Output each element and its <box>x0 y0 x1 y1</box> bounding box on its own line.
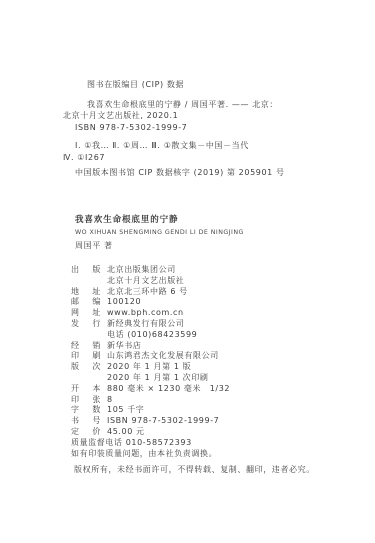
colophon-row: 北京十月文艺出版社 <box>71 276 230 287</box>
title-block: 我喜欢生命根底里的宁静 WO XIHUAN SHENGMING GENDI LI… <box>75 213 244 251</box>
colophon-row-label: 字数 <box>71 405 101 416</box>
quality-phone-line: 质量监督电话 010-58572393 <box>71 438 230 449</box>
colophon-row-value: 2020 年 1 月第 1 次印刷 <box>107 373 208 384</box>
colophon-row-label <box>71 373 101 384</box>
copyright-notice: 版权所有，未经书面许可，不得转载、复制、翻印，违者必究。 <box>74 464 315 475</box>
cip-isbn-line: ISBN 978-7-5302-1999-7 <box>63 122 285 134</box>
colophon-row-value: 2020 年 1 月第 1 版 <box>107 362 191 373</box>
cip-class-line1: Ⅰ. ①我… Ⅱ. ①周… Ⅲ. ①散文集－中国－当代 <box>63 140 285 152</box>
colophon-row-label: 网址 <box>71 308 101 319</box>
colophon-row-value: 45.00 元 <box>107 427 145 438</box>
colophon-row-value: 电话 (010)68423599 <box>107 330 197 341</box>
colophon-row: 发行新经典发行有限公司 <box>71 319 230 330</box>
colophon-row-label <box>71 276 101 287</box>
colophon-row-value: 新华书店 <box>107 341 141 352</box>
colophon-row: 印张8 <box>71 395 230 406</box>
colophon-row: 书号ISBN 978-7-5302-1999-7 <box>71 416 230 427</box>
colophon-row-value: 880 毫米 × 1230 毫米 1/32 <box>107 384 230 395</box>
colophon-row-label: 出版 <box>71 265 101 276</box>
colophon-row-label: 邮编 <box>71 297 101 308</box>
colophon-row-label: 印刷 <box>71 351 101 362</box>
colophon-row: 地址北京北三环中路 6 号 <box>71 287 230 298</box>
colophon-row-value: 8 <box>107 395 113 406</box>
colophon-row: 网址www.bph.com.cn <box>71 308 230 319</box>
colophon-row-value: ISBN 978-7-5302-1999-7 <box>107 416 219 427</box>
colophon-row-value: www.bph.com.cn <box>107 308 184 319</box>
colophon-row-label: 发行 <box>71 319 101 330</box>
colophon-row-value: 北京北三环中路 6 号 <box>107 287 188 298</box>
colophon-row: 电话 (010)68423599 <box>71 330 230 341</box>
cip-heading: 图书在版编目 (CIP) 数据 <box>63 79 285 91</box>
cip-record-line: 中国版本图书馆 CIP 数据核字 (2019) 第 205901 号 <box>63 167 285 179</box>
colophon-row: 邮编100120 <box>71 297 230 308</box>
colophon-row-value: 100120 <box>107 297 141 308</box>
cip-class-line2: Ⅳ. ①I267 <box>63 152 285 164</box>
colophon-row: 版次2020 年 1 月第 1 版 <box>71 362 230 373</box>
colophon-row-label: 地址 <box>71 287 101 298</box>
book-title: 我喜欢生命根底里的宁静 <box>75 213 244 225</box>
colophon-row-label: 经销 <box>71 341 101 352</box>
colophon-row-label: 定价 <box>71 427 101 438</box>
colophon-row-label: 开本 <box>71 384 101 395</box>
colophon-row: 印刷山东鸿君杰文化发展有限公司 <box>71 351 230 362</box>
colophon-row-label: 书号 <box>71 416 101 427</box>
colophon-row: 经销新华书店 <box>71 341 230 352</box>
colophon-row: 2020 年 1 月第 1 次印刷 <box>71 373 230 384</box>
copyright-page: 图书在版编目 (CIP) 数据 我喜欢生命根底里的宁静 / 周国平著. —— 北… <box>0 0 375 543</box>
cip-entry-line2: 北京十月文艺出版社, 2020.1 <box>63 110 285 122</box>
book-author: 周国平 著 <box>75 240 244 251</box>
colophon-block: 出版北京出版集团公司北京十月文艺出版社地址北京北三环中路 6 号邮编100120… <box>71 265 230 459</box>
book-title-pinyin: WO XIHUAN SHENGMING GENDI LI DE NINGJING <box>75 229 244 236</box>
colophon-row-value: 北京十月文艺出版社 <box>107 276 184 287</box>
colophon-row-label <box>71 330 101 341</box>
colophon-table: 出版北京出版集团公司北京十月文艺出版社地址北京北三环中路 6 号邮编100120… <box>71 265 230 438</box>
colophon-row: 出版北京出版集团公司 <box>71 265 230 276</box>
colophon-row: 开本880 毫米 × 1230 毫米 1/32 <box>71 384 230 395</box>
colophon-row-value: 北京出版集团公司 <box>107 265 176 276</box>
colophon-row-label: 印张 <box>71 395 101 406</box>
colophon-row: 字数105 千字 <box>71 405 230 416</box>
colophon-row-value: 105 千字 <box>107 405 144 416</box>
colophon-row: 定价45.00 元 <box>71 427 230 438</box>
cip-block: 图书在版编目 (CIP) 数据 我喜欢生命根底里的宁静 / 周国平著. —— 北… <box>63 79 285 179</box>
exchange-notice-line: 如有印装质量问题，由本社负责调换。 <box>71 449 230 460</box>
colophon-row-value: 新经典发行有限公司 <box>107 319 184 330</box>
cip-entry-line1: 我喜欢生命根底里的宁静 / 周国平著. —— 北京： <box>63 99 285 111</box>
colophon-row-value: 山东鸿君杰文化发展有限公司 <box>107 351 219 362</box>
colophon-row-label: 版次 <box>71 362 101 373</box>
